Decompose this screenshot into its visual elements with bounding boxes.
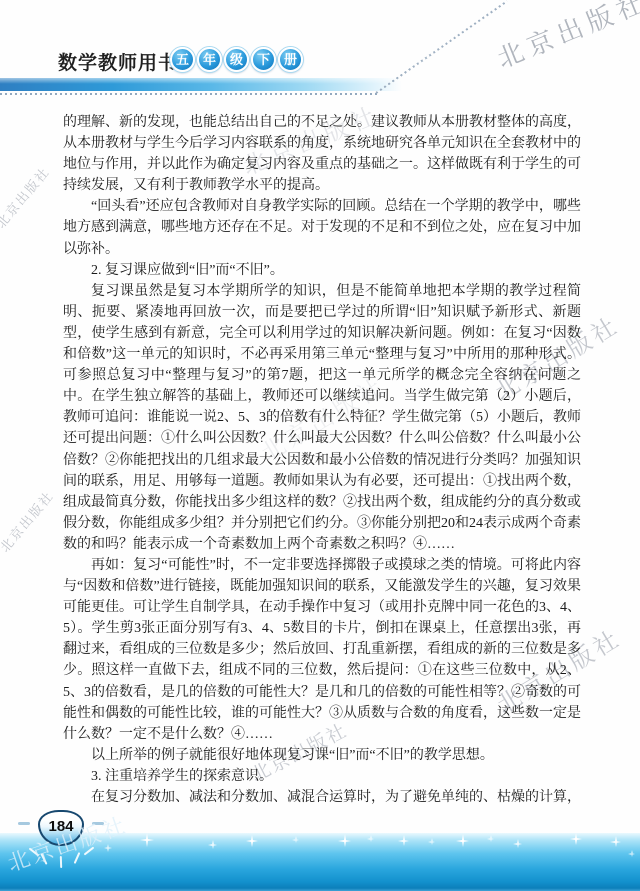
grade-badge-char: 下 [251,47,276,72]
sparkle-icon [367,835,374,842]
sparkle-icon [246,835,258,847]
paragraph: 以上所举的例子就能很好地体现复习课“旧”而“不旧”的教学思想。 [63,745,581,766]
sparkle-icon [456,834,469,847]
sparkle-icon [140,833,154,847]
sparkle-icon [428,838,435,845]
publisher-watermark: 北京出版社 [0,486,57,556]
grade-badge-char: 年 [197,47,222,72]
sparkle-icon [104,844,112,852]
grade-badge-char: 册 [278,47,303,72]
paragraph: 在复习分数加、减法和分数加、减混合运算时，为了避免单纯的、枯燥的计算， [63,787,581,808]
sparkle-icon [208,840,217,849]
dotted-diagonal-rule [375,0,507,93]
sparkle-icon [570,833,582,845]
section-heading: 2. 复习课应做到“旧”而“不旧”。 [63,260,581,281]
paragraph: 的理解、新的发现，也能总结出自己的不足之处。建议教师从本册教材整体的高度，从本册… [63,112,581,196]
sparkle-icon [398,835,409,846]
sparkle-icon [628,850,635,857]
grade-badge: 五 年 级 下 册 [170,47,303,72]
publisher-watermark: 北京出版社 [0,162,53,232]
grade-badge-char: 五 [170,47,195,72]
sparkle-icon [513,839,522,848]
section-heading: 3. 注重培养学生的探索意识。 [63,766,581,787]
book-title: 数学教师用书 [58,48,178,75]
sunburst-ray [60,856,62,868]
paragraph: 再如：复习“可能性”时，不一定非要选择掷骰子或摸球之类的情境。可将此内容与“因数… [63,555,581,745]
paragraph: 复习课虽然是复习本学期所学的知识，但是不能简单地把本学期的教学过程简明、扼要、紧… [63,281,581,555]
dotted-rule [0,93,378,95]
sparkle-icon [610,836,621,847]
page-body-text: 的理解、新的发现，也能总结出自己的不足之处。建议教师从本册教材整体的高度，从本册… [63,112,581,814]
textbook-page: 数学教师用书 五 年 级 下 册 北京出版社 北京出版社 北京出版社 北京出版社… [0,0,640,891]
sparkle-icon [292,836,299,843]
publisher-watermark: 北京出版社 [491,0,640,76]
grade-badge-char: 级 [224,47,249,72]
header-divider-bar [0,78,402,91]
sparkle-icon [338,834,351,847]
footer-band [0,833,640,891]
page-number: 184 [48,818,73,835]
sparkle-icon [487,835,494,842]
paragraph: “回头看”还应包含教师对自身教学实际的回顾。总结在一个学期的教学中，哪些地方感到… [63,196,581,259]
page-number-dash [92,822,104,825]
page-number-dash [18,822,30,825]
